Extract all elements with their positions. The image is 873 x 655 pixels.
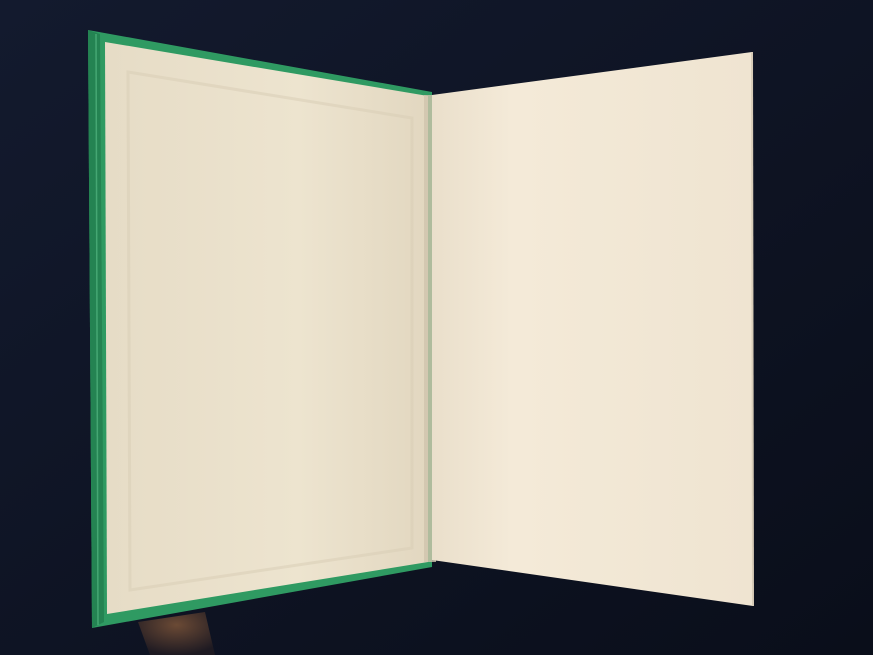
right-page [432, 52, 753, 606]
open-book-illustration [0, 0, 873, 655]
photo-scene [0, 0, 873, 655]
left-page [105, 42, 428, 614]
right-page-edge [752, 52, 753, 606]
